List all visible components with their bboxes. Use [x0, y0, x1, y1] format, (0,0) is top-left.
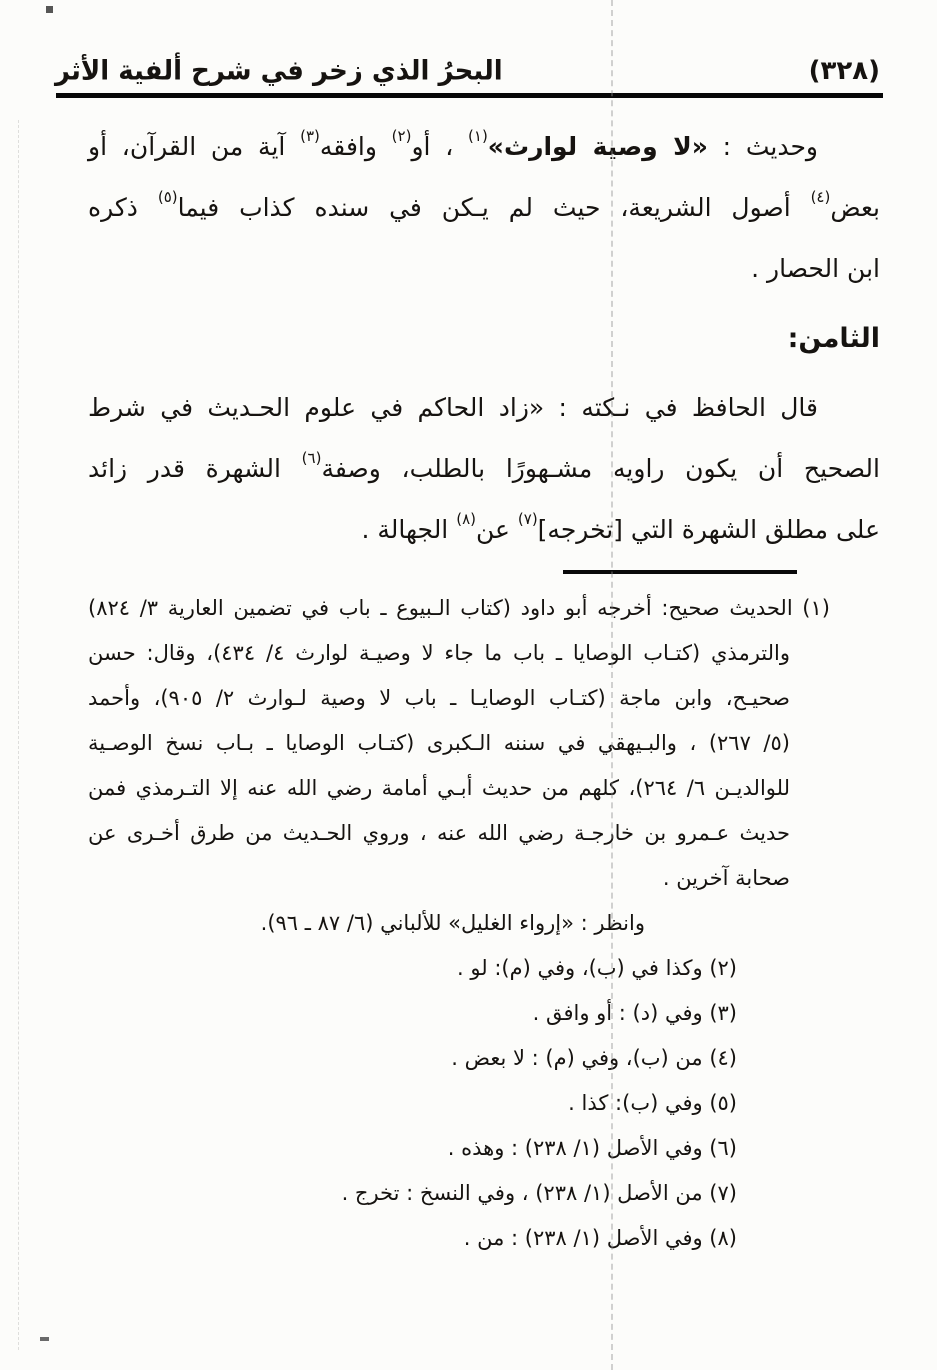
scan-artifact-line — [18, 120, 19, 1350]
text-segment: (٥) وفي (ب): كذا . — [568, 1091, 737, 1115]
footnote-marker: (٧) — [518, 510, 538, 528]
text-line: صحيـح، وابن ماجة (كتـاب الوصايـا ـ باب ل… — [88, 676, 790, 721]
text-segment: (٥/ ٢٦٧) ، والبـيهقي في سننه الـكبرى (كت… — [88, 731, 790, 755]
text-segment: ذكره — [88, 193, 158, 222]
text-segment: وانظر : «إرواء الغليل» للألباني (٦/ ٨٧ ـ… — [261, 911, 645, 935]
text-segment: حديث عـمرو بن خارجـة رضي الله عنه ، وروي… — [88, 821, 790, 845]
text-line: (٨) وفي الأصل (١/ ٢٣٨) : من . — [88, 1216, 737, 1261]
footnote-separator — [563, 570, 797, 574]
text-line: (٥/ ٢٦٧) ، والبـيهقي في سننه الـكبرى (كت… — [88, 721, 790, 766]
text-line: (٦) وفي الأصل (١/ ٢٣٨) : وهذه . — [88, 1126, 737, 1171]
text-segment: ، أو — [411, 132, 468, 161]
footnote-marker: (٨) — [456, 510, 476, 528]
text-segment: للوالديـن ٦/ ٢٦٤)، كلهم من حديث أبـي أما… — [88, 776, 790, 800]
text-segment: قال الحافظ في نـكته : «زاد الحاكم في علو… — [88, 393, 818, 422]
text-segment: (١) الحديث صحيح: أخرجه أبو داود (كتاب ال… — [88, 596, 830, 620]
footnotes-variants: (٢) وكذا في (ب)، وفي (م): لو .(٣) وفي (د… — [88, 946, 737, 1261]
text-segment: (٢) وكذا في (ب)، وفي (م): لو . — [457, 956, 737, 980]
scan-speck — [40, 1337, 49, 1341]
text-segment: صحيـح، وابن ماجة (كتـاب الوصايـا ـ باب ل… — [88, 686, 790, 710]
text-segment: والترمذي (كتـاب الوصايا ـ باب ما جاء لا … — [88, 641, 790, 665]
text-line: (٣) وفي (د) : أو وافق . — [88, 991, 737, 1036]
text-line: للوالديـن ٦/ ٢٦٤)، كلهم من حديث أبـي أما… — [88, 766, 790, 811]
text-segment: أصول الشريعة، حيث لم يـكن في سنده كذاب ف… — [178, 193, 811, 222]
section-heading: الثامن: — [88, 321, 880, 357]
text-segment: الشهرة قدر زائد — [88, 454, 302, 483]
text-line: على مطلق الشهرة التي [تخرجه](٧) عن(٨) ال… — [88, 499, 880, 560]
text-segment: (٦) وفي الأصل (١/ ٢٣٨) : وهذه . — [448, 1136, 737, 1160]
text-line: (٢) وكذا في (ب)، وفي (م): لو . — [88, 946, 737, 991]
text-line: ابن الحصار . — [88, 238, 880, 299]
header-rule — [56, 93, 883, 98]
text-line: (٥) وفي (ب): كذا . — [88, 1081, 737, 1126]
text-segment: على مطلق الشهرة التي [تخرجه] — [538, 515, 880, 544]
text-line: وانظر : «إرواء الغليل» للألباني (٦/ ٨٧ ـ… — [88, 901, 645, 946]
paragraph-hafiz-quote: قال الحافظ في نـكته : «زاد الحاكم في علو… — [88, 377, 880, 560]
scan-speck — [46, 6, 53, 13]
text-segment: بعض — [830, 193, 880, 222]
text-line: وحديث : «لا وصية لوارث»(١) ، أو(٢) وافقه… — [88, 116, 880, 177]
text-segment: (٨) وفي الأصل (١/ ٢٣٨) : من . — [464, 1226, 737, 1250]
text-segment: الجهالة . — [362, 515, 457, 544]
footnotes-section: (١) الحديث صحيح: أخرجه أبو داود (كتاب ال… — [88, 586, 790, 1261]
page-header: (٣٢٨) البحرُ الذي زخر في شرح ألفية الأثر — [0, 0, 937, 86]
text-line: حديث عـمرو بن خارجـة رضي الله عنه ، وروي… — [88, 811, 790, 856]
footnote-takhrij: (١) الحديث صحيح: أخرجه أبو داود (كتاب ال… — [88, 586, 790, 946]
text-line: (٧) من الأصل (١/ ٢٣٨) ، وفي النسخ : تخرج… — [88, 1171, 737, 1216]
footnote-marker: (١) — [468, 127, 488, 145]
footnote-marker: (٢) — [392, 127, 412, 145]
text-segment: ابن الحصار . — [751, 254, 880, 283]
text-segment: وحديث : — [708, 132, 818, 161]
text-segment: الصحيح أن يكون راويه مشـهورًا بالطلب، وص… — [321, 454, 880, 483]
footnote-marker: (٥) — [158, 188, 178, 206]
scanned-book-page: (٣٢٨) البحرُ الذي زخر في شرح ألفية الأثر… — [0, 0, 937, 1370]
text-line: والترمذي (كتـاب الوصايا ـ باب ما جاء لا … — [88, 631, 790, 676]
text-segment: صحابة آخرين . — [663, 866, 790, 890]
text-segment: (٣) وفي (د) : أو وافق . — [533, 1001, 737, 1025]
text-line: قال الحافظ في نـكته : «زاد الحاكم في علو… — [88, 377, 880, 438]
text-line: صحابة آخرين . — [88, 856, 790, 901]
text-line: (٤) من (ب)، وفي (م) : لا بعض . — [88, 1036, 737, 1081]
paragraph-hadith: وحديث : «لا وصية لوارث»(١) ، أو(٢) وافقه… — [88, 116, 880, 299]
book-title: البحرُ الذي زخر في شرح ألفية الأثر — [55, 55, 503, 87]
text-segment: وافقه — [320, 132, 392, 161]
text-segment: (٧) من الأصل (١/ ٢٣٨) ، وفي النسخ : تخرج… — [342, 1181, 737, 1205]
page-number: (٣٢٨) — [809, 56, 880, 86]
footnote-marker: (٣) — [300, 127, 320, 145]
footnote-marker: (٦) — [302, 449, 322, 467]
text-line: (١) الحديث صحيح: أخرجه أبو داود (كتاب ال… — [88, 586, 790, 631]
text-line: الصحيح أن يكون راويه مشـهورًا بالطلب، وص… — [88, 438, 880, 499]
text-segment: عن — [476, 515, 518, 544]
main-text: وحديث : «لا وصية لوارث»(١) ، أو(٢) وافقه… — [88, 116, 880, 560]
text-segment: آية من القرآن، أو — [88, 132, 300, 161]
text-segment: (٤) من (ب)، وفي (م) : لا بعض . — [451, 1046, 737, 1070]
footnote-marker: (٤) — [811, 188, 831, 206]
bold-text-segment: «لا وصية لوارث» — [488, 132, 708, 161]
text-line: بعض(٤) أصول الشريعة، حيث لم يـكن في سنده… — [88, 177, 880, 238]
